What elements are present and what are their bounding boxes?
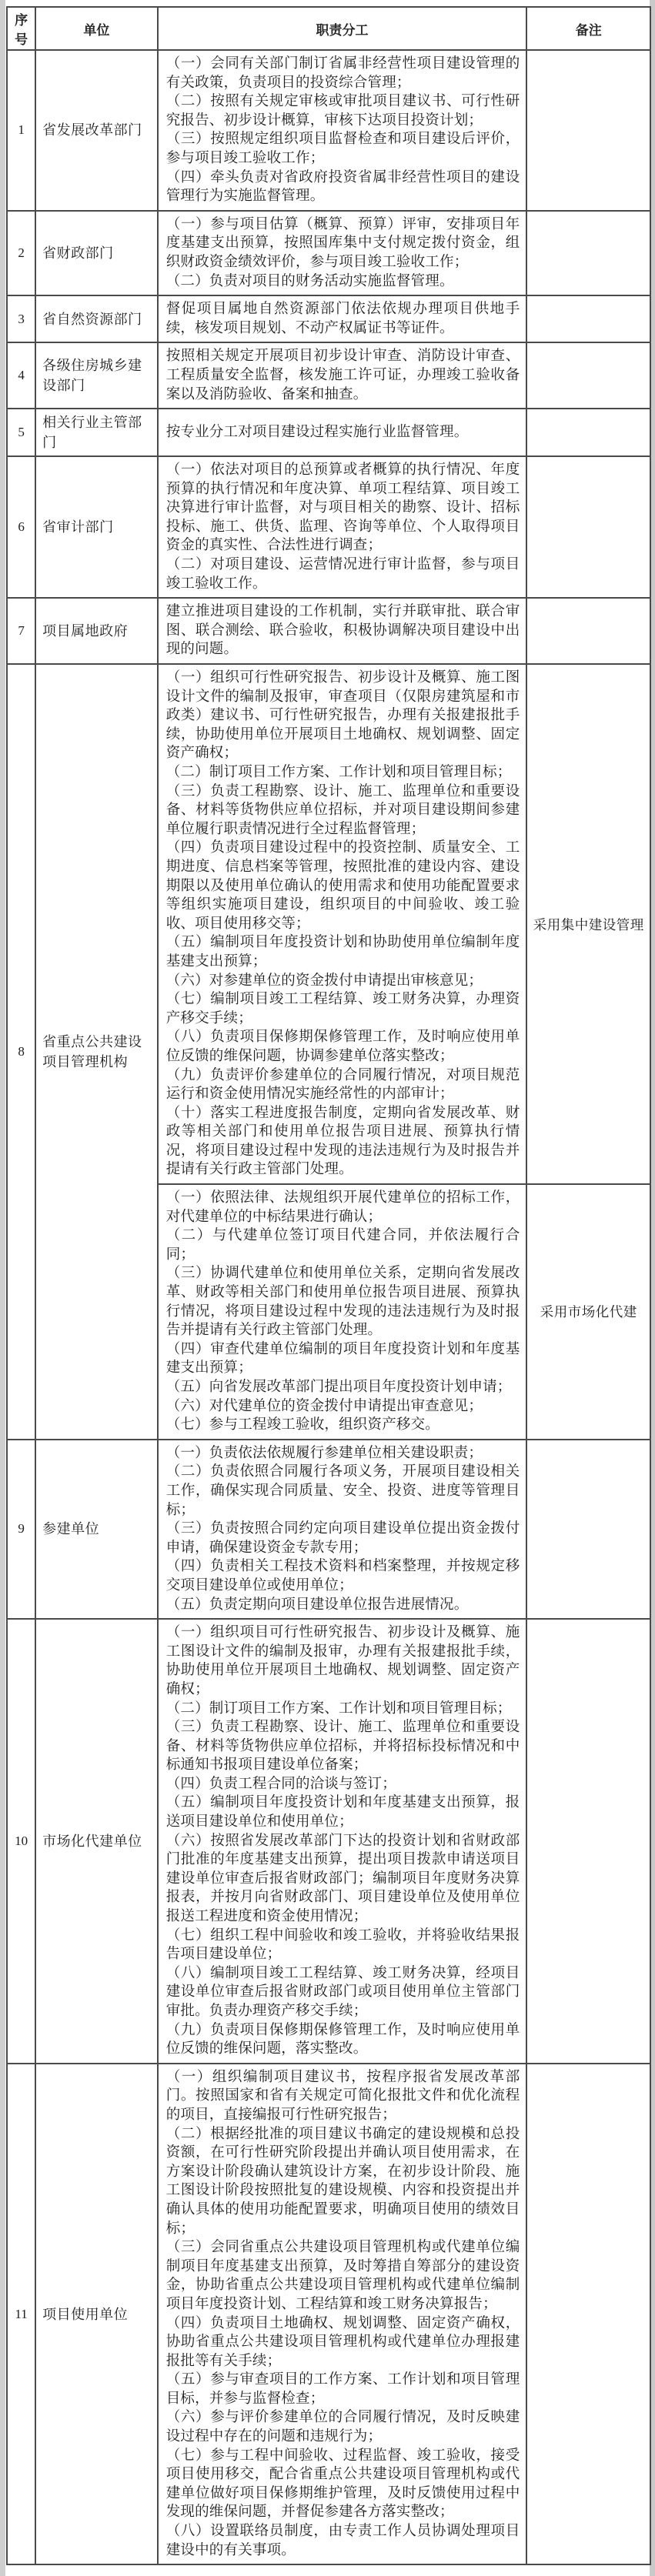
responsibilities-table: 序号 单位 职责分工 备注 1 省发展改革部门 （一）会同有关部门制订省属非经营… bbox=[6, 6, 651, 2565]
duties-cell: （一）负责依法依规履行参建单位相关建设职责；（二）负责依照合同履行各项义务，开展… bbox=[158, 1440, 527, 1619]
duty-line: （二）制订项目工作方案、工作计划和项目管理目标； bbox=[166, 763, 520, 782]
duty-line: 按专业分工对项目建设过程实施行业监督管理。 bbox=[166, 423, 520, 442]
duty-line: （一）组织项目可行性研究报告、初步设计及概算、施工图设计文件的编制及报审，办理有… bbox=[166, 1623, 520, 1699]
unit-cell: 各级住房城乡建设部门 bbox=[35, 342, 158, 409]
table-row: 10 市场化代建单位 （一）组织项目可行性研究报告、初步设计及概算、施工图设计文… bbox=[7, 1619, 650, 2064]
serial-cell: 3 bbox=[7, 295, 35, 342]
duty-line: （三）协调代建单位和使用单位关系，定期向省发展改革、财政等相关部门和使用单位报告… bbox=[166, 1264, 520, 1340]
remark-cell-centralized: 采用集中建设管理 bbox=[526, 664, 650, 1184]
duty-line: （六）参与评价参建单位的合同履行情况，及时反映建设过程中存在的问题和违规行为； bbox=[166, 2408, 520, 2446]
table-row: 7 项目属地政府 建立推进项目建设的工作机制，实行并联审批、联合审图、联合测绘、… bbox=[7, 598, 650, 664]
header-remark: 备注 bbox=[526, 7, 650, 50]
serial-cell: 5 bbox=[7, 409, 35, 456]
duty-line: （二）按照有关规定审核或审批项目建议书、可行性研究报告、初步设计概算，审核下达项… bbox=[166, 92, 520, 130]
duty-line: 建立推进项目建设的工作机制，实行并联审批、联合审图、联合测绘、联合验收，积极协调… bbox=[166, 602, 520, 659]
duties-cell: 督促项目属地自然资源部门依法依规办理项目供地手续，核发项目规划、不动产权属证书等… bbox=[158, 295, 527, 342]
duty-line: （十）落实工程进度报告制度，定期向省发展改革、财政等相关部门和使用单位报告项目进… bbox=[166, 1104, 520, 1180]
remark-cell bbox=[526, 598, 650, 664]
unit-cell: 项目使用单位 bbox=[35, 2064, 158, 2564]
unit-cell: 参建单位 bbox=[35, 1440, 158, 1619]
duty-line: （八）负责项目保修期保修管理工作，及时响应使用单位反馈的维保问题，协调参建单位落… bbox=[166, 1028, 520, 1066]
duty-line: 按照相关规定开展项目初步设计审查、消防设计审查、工程质量安全监督，核发施工许可证… bbox=[166, 347, 520, 404]
duty-line: 督促项目属地自然资源部门依法依规办理项目供地手续，核发项目规划、不动产权属证书等… bbox=[166, 300, 520, 338]
duty-line: （九）负责评价参建单位的合同履行情况，对项目规范运行和资金使用情况实施经常性的内… bbox=[166, 1066, 520, 1104]
duty-line: （四）审查代建单位编制的项目年度投资计划和年度基建支出预算； bbox=[166, 1340, 520, 1378]
unit-cell: 省审计部门 bbox=[35, 456, 158, 598]
duty-line: （五）参与审查项目的工作方案、工作计划和项目管理目标，并参与监督检查； bbox=[166, 2371, 520, 2408]
duty-line: （三）负责按照合同约定向项目建设单位提出资金拨付申请，确保建设资金专款专用； bbox=[166, 1520, 520, 1557]
duty-line: （一）依照法律、法规组织开展代建单位的招标工作，对代建单位的中标结果进行确认； bbox=[166, 1189, 520, 1226]
duty-line: （三）负责工程勘察、设计、施工、监理单位和重要设备、材料等货物供应单位招标，并将… bbox=[166, 1718, 520, 1775]
remark-cell bbox=[526, 456, 650, 598]
table-row: 9 参建单位 （一）负责依法依规履行参建单位相关建设职责；（二）负责依照合同履行… bbox=[7, 1440, 650, 1619]
unit-cell: 市场化代建单位 bbox=[35, 1619, 158, 2064]
table-row: 6 省审计部门 （一）依法对项目的总预算或者概算的执行情况、年度预算的执行情况和… bbox=[7, 456, 650, 598]
duty-line: （八）编制项目竣工工程结算、竣工财务决算，经项目建设单位审查后报省财政部门或项目… bbox=[166, 1964, 520, 2021]
duties-cell: （一）组织项目可行性研究报告、初步设计及概算、施工图设计文件的编制及报审，办理有… bbox=[158, 1619, 527, 2064]
duty-line: （三）按照规定组织项目监督检查和项目建设后评价，参与项目竣工验收工作； bbox=[166, 130, 520, 168]
remark-cell bbox=[526, 409, 650, 456]
duties-cell: 建立推进项目建设的工作机制，实行并联审批、联合审图、联合测绘、联合验收，积极协调… bbox=[158, 598, 527, 664]
serial-cell: 7 bbox=[7, 598, 35, 664]
duty-line: （五）编制项目年度投资计划和年度基建支出预算，报送项目建设单位和使用单位； bbox=[166, 1794, 520, 1831]
duty-line: （二）负责依照合同履行各项义务，开展项目建设相关工作，确保实现合同质量、安全、投… bbox=[166, 1463, 520, 1520]
unit-cell: 省财政部门 bbox=[35, 211, 158, 295]
serial-cell: 1 bbox=[7, 50, 35, 211]
duty-line: （七）组织工程中间验收和竣工验收，并将验收结果报告项目建设单位； bbox=[166, 1927, 520, 1964]
remark-cell bbox=[526, 2064, 650, 2564]
duty-line: （七）编制项目竣工工程结算、竣工财务决算，办理资产移交手续； bbox=[166, 990, 520, 1028]
duties-cell-centralized: （一）组织可行性研究报告、初步设计及概算、施工图设计文件的编制及报审，审查项目（… bbox=[158, 664, 527, 1184]
duties-cell: 按照相关规定开展项目初步设计审查、消防设计审查、工程质量安全监督，核发施工许可证… bbox=[158, 342, 527, 409]
table-row: 4 各级住房城乡建设部门 按照相关规定开展项目初步设计审查、消防设计审查、工程质… bbox=[7, 342, 650, 409]
unit-cell: 省发展改革部门 bbox=[35, 50, 158, 211]
duty-line: （六）对代建单位的资金拨付申请提出审查意见； bbox=[166, 1397, 520, 1416]
table-row: 5 相关行业主管部门 按专业分工对项目建设过程实施行业监督管理。 bbox=[7, 409, 650, 456]
duty-line: （五）编制项目年度投资计划和协助使用单位编制年度基建支出预算； bbox=[166, 933, 520, 971]
serial-cell: 2 bbox=[7, 211, 35, 295]
header-duty: 职责分工 bbox=[158, 7, 527, 50]
remark-cell bbox=[526, 211, 650, 295]
remark-cell bbox=[526, 342, 650, 409]
duty-line: （一）依法对项目的总预算或者概算的执行情况、年度预算的执行情况和年度决算、单项工… bbox=[166, 461, 520, 556]
duty-line: （五）向省发展改革部门提出项目年度投资计划申请； bbox=[166, 1378, 520, 1397]
serial-cell: 4 bbox=[7, 342, 35, 409]
header-row: 序号 单位 职责分工 备注 bbox=[7, 7, 650, 50]
duty-line: （一）组织编制项目建议书，按程序报省发展改革部门。按照国家和省有关规定可简化报批… bbox=[166, 2068, 520, 2125]
unit-cell: 相关行业主管部门 bbox=[35, 409, 158, 456]
unit-cell: 省重点公共建设项目管理机构 bbox=[35, 664, 158, 1440]
serial-cell: 9 bbox=[7, 1440, 35, 1619]
duty-line: （六）对参建单位的资金拨付申请提出审核意见； bbox=[166, 972, 520, 991]
table-row: 11 项目使用单位 （一）组织编制项目建议书，按程序报省发展改革部门。按照国家和… bbox=[7, 2064, 650, 2564]
duties-cell: （一）组织编制项目建议书，按程序报省发展改革部门。按照国家和省有关规定可简化报批… bbox=[158, 2064, 527, 2564]
duty-line: （二）与代建单位签订项目代建合同，并依法履行合同； bbox=[166, 1226, 520, 1264]
serial-cell: 11 bbox=[7, 2064, 35, 2564]
duties-cell: （一）会同有关部门制订省属非经营性项目建设管理的有关政策，负责项目的投资综合管理… bbox=[158, 50, 527, 211]
duties-cell: （一）依法对项目的总预算或者概算的执行情况、年度预算的执行情况和年度决算、单项工… bbox=[158, 456, 527, 598]
unit-cell: 项目属地政府 bbox=[35, 598, 158, 664]
serial-cell: 10 bbox=[7, 1619, 35, 2064]
header-unit: 单位 bbox=[35, 7, 158, 50]
remark-cell bbox=[526, 50, 650, 211]
duty-line: （四）负责项目土地确权、规划调整、固定资产确权，协助省重点公共建设项目管理机构或… bbox=[166, 2314, 520, 2371]
unit-cell: 省自然资源部门 bbox=[35, 295, 158, 342]
duty-line: （九）负责项目保修期保修管理工作，及时响应使用单位反馈的维保问题，落实整改。 bbox=[166, 2021, 520, 2059]
duty-line: （四）负责相关工程技术资料和档案整理，并按规定移交项目建设单位或使用单位； bbox=[166, 1557, 520, 1595]
duty-line: （二）制订项目工作方案、工作计划和项目管理目标； bbox=[166, 1700, 520, 1719]
duty-line: （一）组织可行性研究报告、初步设计及概算、施工图设计文件的编制及报审，审查项目（… bbox=[166, 669, 520, 763]
remark-cell bbox=[526, 1619, 650, 2064]
duties-cell: （一）参与项目估算（概算、预算）评审，安排项目年度基建支出预算，按照国库集中支付… bbox=[158, 211, 527, 295]
duty-line: （七）参与工程中间验收、过程监督、竣工验收，接受项目使用移交，配合省重点公共建设… bbox=[166, 2447, 520, 2522]
duty-line: （一）负责依法依规履行参建单位相关建设职责； bbox=[166, 1444, 520, 1463]
header-serial: 序号 bbox=[7, 7, 35, 50]
duty-line: （七）参与工程竣工验收，组织资产移交。 bbox=[166, 1416, 520, 1435]
table-row: 2 省财政部门 （一）参与项目估算（概算、预算）评审，安排项目年度基建支出预算，… bbox=[7, 211, 650, 295]
serial-cell: 8 bbox=[7, 664, 35, 1440]
remark-cell bbox=[526, 295, 650, 342]
duty-line: （八）设置联络员制度，由专责工作人员协调处理项目建设中的有关事项。 bbox=[166, 2522, 520, 2560]
document-page: 序号 单位 职责分工 备注 1 省发展改革部门 （一）会同有关部门制订省属非经营… bbox=[0, 0, 650, 2576]
duty-line: （二）根据经批准的项目建议书确定的建设规模和总投资额，在可行性研究阶段提出并确认… bbox=[166, 2125, 520, 2239]
duty-line: （二）对项目建设、运营情况进行审计监督，参与项目竣工验收工作。 bbox=[166, 556, 520, 593]
duty-line: （五）负责定期向项目建设单位报告进展情况。 bbox=[166, 1596, 520, 1615]
duties-cell: 按专业分工对项目建设过程实施行业监督管理。 bbox=[158, 409, 527, 456]
duties-cell-agency: （一）依照法律、法规组织开展代建单位的招标工作，对代建单位的中标结果进行确认；（… bbox=[158, 1184, 527, 1440]
duty-line: （三）负责工程勘察、设计、施工、监理单位和重要设备、材料等货物供应单位招标，并对… bbox=[166, 782, 520, 839]
duty-line: （四）负责工程合同的洽谈与签订； bbox=[166, 1775, 520, 1794]
table-row: 3 省自然资源部门 督促项目属地自然资源部门依法依规办理项目供地手续，核发项目规… bbox=[7, 295, 650, 342]
table-row-centralized-block: 8 省重点公共建设项目管理机构 （一）组织可行性研究报告、初步设计及概算、施工图… bbox=[7, 664, 650, 1184]
remark-cell-agency: 采用市场化代建 bbox=[526, 1184, 650, 1440]
duty-line: （二）负责对项目的财务活动实施监督管理。 bbox=[166, 272, 520, 292]
table-row: 1 省发展改革部门 （一）会同有关部门制订省属非经营性项目建设管理的有关政策，负… bbox=[7, 50, 650, 211]
duty-line: （一）参与项目估算（概算、预算）评审，安排项目年度基建支出预算，按照国库集中支付… bbox=[166, 215, 520, 272]
duty-line: （六）按照省发展改革部门下达的投资计划和省财政部门批准的年度基建支出预算，提出项… bbox=[166, 1832, 520, 1927]
duty-line: （四）负责项目建设过程中的投资控制、质量安全、工期进度、信息档案等管理，按照批准… bbox=[166, 839, 520, 933]
serial-cell: 6 bbox=[7, 456, 35, 598]
duty-line: （一）会同有关部门制订省属非经营性项目建设管理的有关政策，负责项目的投资综合管理… bbox=[166, 55, 520, 92]
duty-line: （三）会同省重点公共建设项目管理机构或代建单位编制项目年度基建支出预算，及时筹措… bbox=[166, 2238, 520, 2314]
remark-cell bbox=[526, 1440, 650, 1619]
duty-line: （四）牵头负责对省政府投资省属非经营性项目的建设管理行为实施监督管理。 bbox=[166, 169, 520, 206]
